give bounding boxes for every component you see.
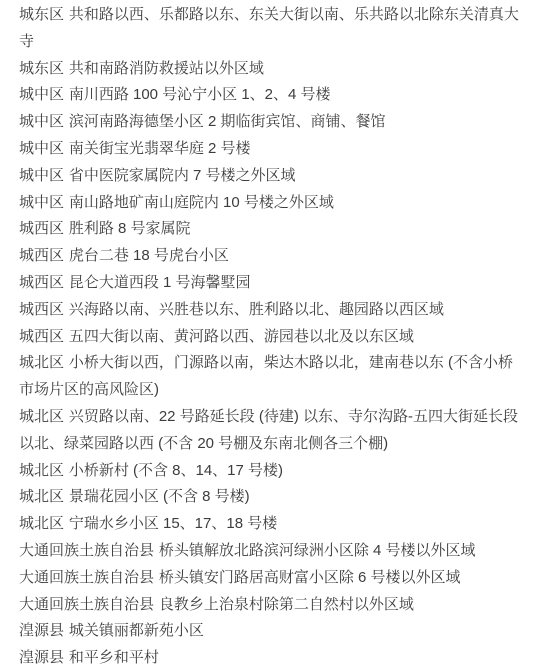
- district-name: 城中区: [19, 194, 64, 211]
- district-name: 城北区: [19, 462, 64, 479]
- area-description: 省中医院家属院内 7 号楼之外区域: [69, 167, 296, 184]
- district-name: 城西区: [19, 301, 64, 318]
- list-item: 湟源县和平乡和平村: [19, 645, 521, 672]
- list-item: 大通回族土族自治县桥头镇安门路居高财富小区除 6 号楼以外区域: [19, 565, 521, 592]
- area-description: 虎台二巷 18 号虎台小区: [69, 247, 229, 264]
- risk-area-list: 城东区共和路以西、乐都路以东、东关大街以南、乐共路以北除东关清真大寺 城东区共和…: [0, 0, 533, 672]
- list-item: 城西区兴海路以南、兴胜巷以东、胜利路以北、趣园路以西区域: [19, 297, 521, 324]
- list-item: 城中区南关街宝光翡翠华庭 2 号楼: [19, 136, 521, 163]
- list-item: 湟源县城关镇丽都新苑小区: [19, 618, 521, 645]
- list-item: 城北区景瑞花园小区 (不含 8 号楼): [19, 484, 521, 511]
- list-item: 城西区虎台二巷 18 号虎台小区: [19, 243, 521, 270]
- area-description: 五四大街以南、黄河路以西、游园巷以北及以东区域: [69, 328, 414, 345]
- area-description: 小桥大街以西，门源路以南，柴达木路以北，建南巷以东 (不含小桥市场片区的高风险区…: [19, 354, 513, 398]
- area-description: 良教乡上治泉村除第二自然村以外区域: [159, 596, 414, 613]
- district-name: 城东区: [19, 60, 64, 77]
- district-name: 城中区: [19, 167, 64, 184]
- area-description: 城关镇丽都新苑小区: [69, 622, 204, 639]
- area-description: 小桥新村 (不含 8、14、17 号楼): [69, 462, 283, 479]
- district-name: 城西区: [19, 328, 64, 345]
- district-name: 城中区: [19, 113, 64, 130]
- district-name: 城北区: [19, 488, 64, 505]
- list-item: 城北区小桥新村 (不含 8、14、17 号楼): [19, 458, 521, 485]
- list-item: 城中区南川西路 100 号沁宁小区 1、2、4 号楼: [19, 82, 521, 109]
- list-item: 城北区小桥大街以西，门源路以南，柴达木路以北，建南巷以东 (不含小桥市场片区的高…: [19, 350, 521, 404]
- district-name: 大通回族土族自治县: [19, 569, 154, 586]
- district-name: 城北区: [19, 515, 64, 532]
- district-name: 城西区: [19, 220, 64, 237]
- area-description: 南山路地矿南山庭院内 10 号楼之外区域: [69, 194, 334, 211]
- district-name: 城西区: [19, 247, 64, 264]
- area-description: 昆仑大道西段 1 号海馨墅园: [69, 274, 251, 291]
- area-description: 滨河南路海德堡小区 2 期临街宾馆、商铺、餐馆: [69, 113, 386, 130]
- list-item: 城西区胜利路 8 号家属院: [19, 216, 521, 243]
- list-item: 城北区宁瑞水乡小区 15、17、18 号楼: [19, 511, 521, 538]
- area-description: 南关街宝光翡翠华庭 2 号楼: [69, 140, 251, 157]
- area-description: 共和南路消防救援站以外区域: [69, 60, 264, 77]
- list-item: 城北区兴贸路以南、22 号路延长段 (待建) 以东、寺尔沟路-五四大街延长段以北…: [19, 404, 521, 458]
- district-name: 湟源县: [19, 649, 64, 666]
- district-name: 湟源县: [19, 622, 64, 639]
- district-name: 大通回族土族自治县: [19, 542, 154, 559]
- area-description: 共和路以西、乐都路以东、东关大街以南、乐共路以北除东关清真大寺: [19, 6, 519, 50]
- list-item: 大通回族土族自治县桥头镇解放北路滨河绿洲小区除 4 号楼以外区域: [19, 538, 521, 565]
- district-name: 大通回族土族自治县: [19, 596, 154, 613]
- area-description: 兴海路以南、兴胜巷以东、胜利路以北、趣园路以西区域: [69, 301, 444, 318]
- area-description: 兴贸路以南、22 号路延长段 (待建) 以东、寺尔沟路-五四大街延长段以北、绿菜…: [19, 408, 518, 452]
- district-name: 城中区: [19, 140, 64, 157]
- area-description: 桥头镇安门路居高财富小区除 6 号楼以外区域: [159, 569, 461, 586]
- area-description: 宁瑞水乡小区 15、17、18 号楼: [69, 515, 277, 532]
- district-name: 城西区: [19, 274, 64, 291]
- area-description: 胜利路 8 号家属院: [69, 220, 191, 237]
- list-item: 城中区滨河南路海德堡小区 2 期临街宾馆、商铺、餐馆: [19, 109, 521, 136]
- area-description: 和平乡和平村: [69, 649, 159, 666]
- district-name: 城北区: [19, 408, 64, 425]
- list-item: 城中区南山路地矿南山庭院内 10 号楼之外区域: [19, 190, 521, 217]
- district-name: 城北区: [19, 354, 64, 371]
- list-item: 大通回族土族自治县良教乡上治泉村除第二自然村以外区域: [19, 592, 521, 619]
- area-description: 桥头镇解放北路滨河绿洲小区除 4 号楼以外区域: [159, 542, 476, 559]
- list-item: 城东区共和路以西、乐都路以东、东关大街以南、乐共路以北除东关清真大寺: [19, 2, 521, 56]
- list-item: 城西区昆仑大道西段 1 号海馨墅园: [19, 270, 521, 297]
- list-item: 城中区省中医院家属院内 7 号楼之外区域: [19, 163, 521, 190]
- area-description: 景瑞花园小区 (不含 8 号楼): [69, 488, 250, 505]
- district-name: 城东区: [19, 6, 64, 23]
- area-description: 南川西路 100 号沁宁小区 1、2、4 号楼: [69, 86, 331, 103]
- list-item: 城西区五四大街以南、黄河路以西、游园巷以北及以东区域: [19, 324, 521, 351]
- district-name: 城中区: [19, 86, 64, 103]
- list-item: 城东区共和南路消防救援站以外区域: [19, 56, 521, 83]
